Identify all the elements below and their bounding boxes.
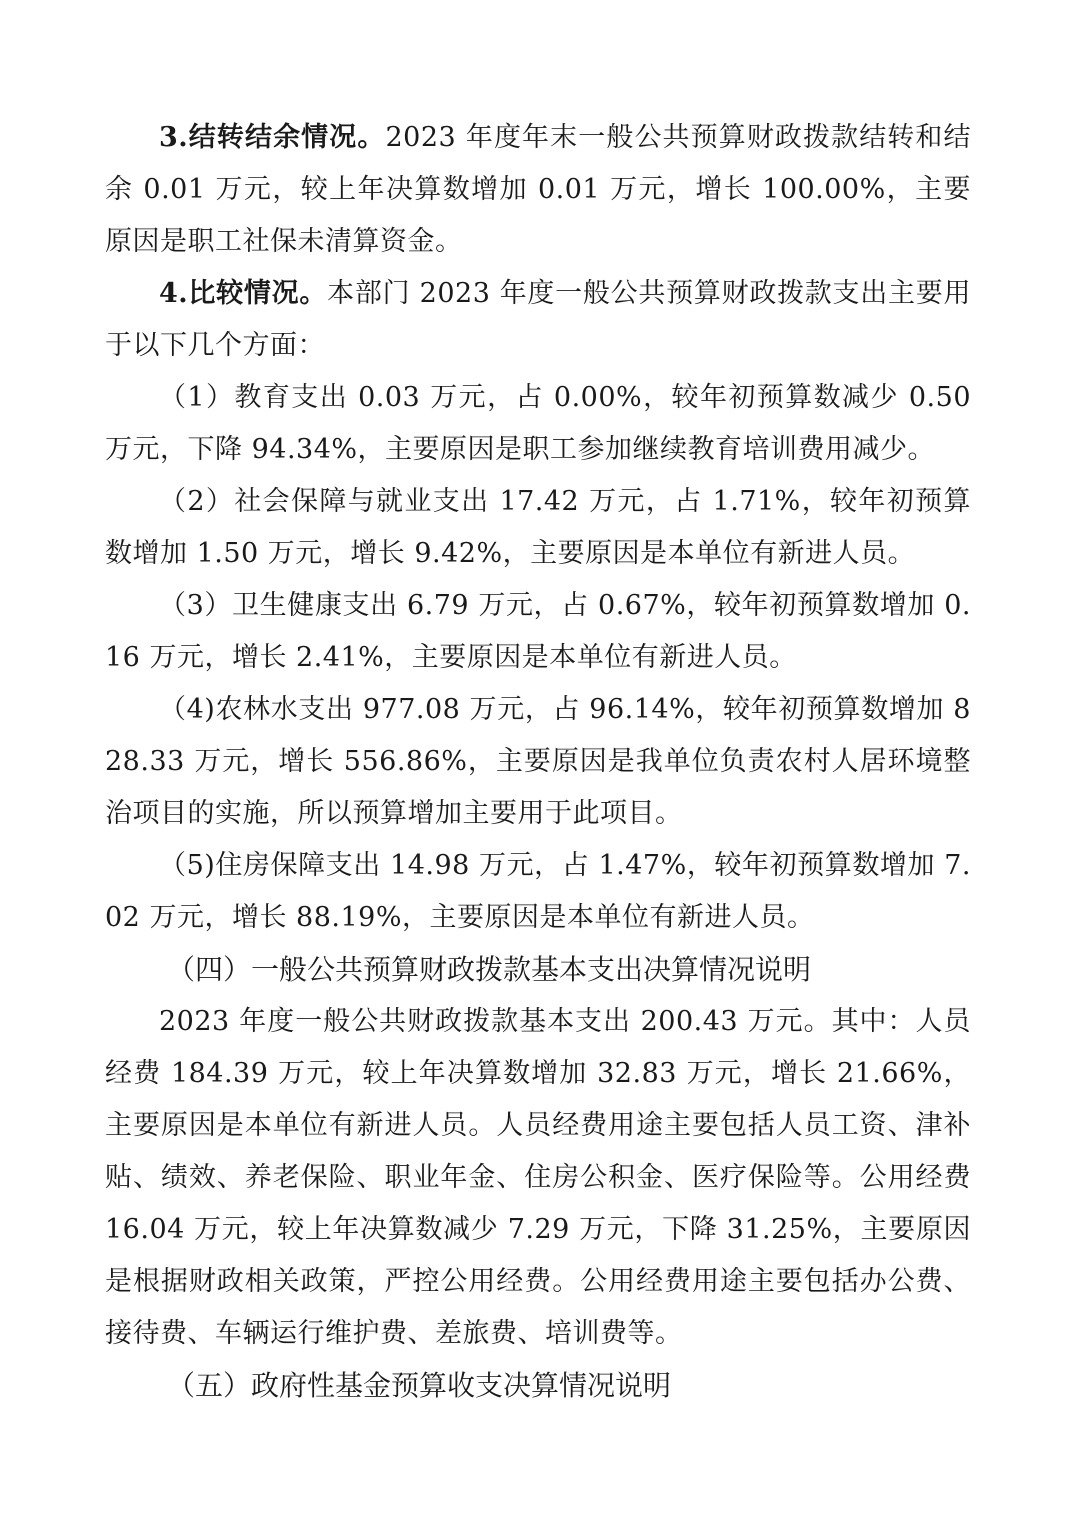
paragraph-lead: 3.结转结余情况。 — [159, 122, 385, 153]
paragraph-text: （3）卫生健康支出 6.79 万元，占 0.67%，较年初预算数增加 0.16 … — [105, 590, 971, 673]
paragraph-basic-expenditure: 2023 年度一般公共财政拨款基本支出 200.43 万元。其中：人员经费 18… — [105, 996, 971, 1360]
paragraph-education-expense: （1）教育支出 0.03 万元，占 0.00%，较年初预算数减少 0.50 万元… — [105, 372, 971, 476]
paragraph-comparison: 4.比较情况。本部门 2023 年度一般公共预算财政拨款支出主要用于以下几个方面… — [105, 268, 971, 372]
paragraph-health-expense: （3）卫生健康支出 6.79 万元，占 0.67%，较年初预算数增加 0.16 … — [105, 580, 971, 684]
section-heading-government-fund: （五）政府性基金预算收支决算情况说明 — [105, 1360, 971, 1412]
paragraph-social-security-expense: （2）社会保障与就业支出 17.42 万元，占 1.71%，较年初预算数增加 1… — [105, 476, 971, 580]
paragraph-lead: 4.比较情况。 — [159, 278, 327, 309]
paragraph-text: 2023 年度一般公共财政拨款基本支出 200.43 万元。其中：人员经费 18… — [105, 1006, 971, 1349]
paragraph-text: （1）教育支出 0.03 万元，占 0.00%，较年初预算数减少 0.50 万元… — [105, 382, 971, 465]
paragraph-carryover-balance: 3.结转结余情况。2023 年度年末一般公共预算财政拨款结转和结余 0.01 万… — [105, 112, 971, 268]
paragraph-housing-expense: （5)住房保障支出 14.98 万元，占 1.47%，较年初预算数增加 7.02… — [105, 840, 971, 944]
paragraph-text: （4)农林水支出 977.08 万元，占 96.14%，较年初预算数增加 828… — [105, 694, 971, 829]
section-heading-basic-expenditure: （四）一般公共预算财政拨款基本支出决算情况说明 — [105, 944, 971, 996]
paragraph-text: （2）社会保障与就业支出 17.42 万元，占 1.71%，较年初预算数增加 1… — [105, 486, 971, 569]
paragraph-text: （5)住房保障支出 14.98 万元，占 1.47%，较年初预算数增加 7.02… — [105, 850, 971, 933]
paragraph-agriculture-expense: （4)农林水支出 977.08 万元，占 96.14%，较年初预算数增加 828… — [105, 684, 971, 840]
document-page: 3.结转结余情况。2023 年度年末一般公共预算财政拨款结转和结余 0.01 万… — [105, 112, 971, 1412]
